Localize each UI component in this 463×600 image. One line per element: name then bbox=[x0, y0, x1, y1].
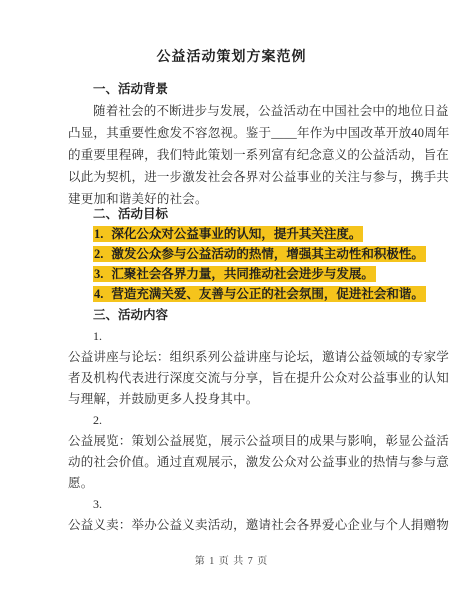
item-paragraph-line: 公益义卖：举办公益义卖活动，邀请社会各界爱心企业与个人捐赠物 bbox=[68, 515, 395, 536]
section1-paragraph-line: 随着社会的不断进步与发展，公益活动在中国社会中的地位日益 bbox=[68, 100, 395, 122]
goal-number: 3. bbox=[94, 267, 103, 281]
item-number: 1. bbox=[93, 326, 395, 347]
goal-item: 4.营造充满关爱、友善与公正的社会氛围，促进社会和谐。 bbox=[93, 284, 395, 304]
goal-item: 1.深化公众对公益事业的认知，提升其关注度。 bbox=[93, 224, 395, 244]
highlighted-text: 2.激发公众参与公益活动的热情，增强其主动性和积极性。 bbox=[93, 246, 426, 262]
section2-heading: 二、活动目标 bbox=[68, 204, 395, 224]
page-footer: 第 1 页 共 7 页 bbox=[0, 555, 463, 569]
goal-text: 激发公众参与公益活动的热情，增强其主动性和积极性。 bbox=[111, 247, 424, 261]
item-number: 3. bbox=[93, 494, 395, 515]
goal-number: 4. bbox=[94, 287, 103, 301]
section1-paragraph-line: 以此为契机，进一步激发社会各界对公益事业的关注与参与，携手共 bbox=[68, 166, 395, 188]
item-paragraph-line: 动的社会价值。通过直观展示，激发公众对公益事业的热情与参与意 bbox=[68, 452, 395, 473]
goal-number: 1. bbox=[94, 227, 103, 241]
item-paragraph-line: 公益讲座与论坛：组织系列公益讲座与论坛，邀请公益领域的专家学 bbox=[68, 347, 395, 368]
section3-heading: 三、活动内容 bbox=[68, 304, 395, 326]
goal-number: 2. bbox=[94, 247, 103, 261]
item-paragraph-line: 公益展览：策划公益展览，展示公益项目的成果与影响，彰显公益活 bbox=[68, 431, 395, 452]
document-page: 公益活动策划方案范例 一、活动背景 随着社会的不断进步与发展，公益活动在中国社会… bbox=[0, 0, 463, 600]
goal-text: 汇聚社会各界力量，共同推动社会进步与发展。 bbox=[111, 267, 374, 281]
item-paragraph-line: 与理解，并鼓励更多人投身其中。 bbox=[68, 389, 395, 410]
section1-heading: 一、活动背景 bbox=[68, 78, 395, 100]
goal-text: 深化公众对公益事业的认知，提升其关注度。 bbox=[111, 227, 361, 241]
item-paragraph-line: 愿。 bbox=[68, 473, 395, 494]
highlighted-text: 1.深化公众对公益事业的认知，提升其关注度。 bbox=[93, 226, 363, 242]
goal-text: 营造充满关爱、友善与公正的社会氛围，促进社会和谐。 bbox=[111, 287, 424, 301]
section1-paragraph-line: 凸显，其重要性愈发不容忽视。鉴于____年作为中国改革开放40周年 bbox=[68, 122, 395, 144]
highlighted-text: 3.汇聚社会各界力量，共同推动社会进步与发展。 bbox=[93, 266, 376, 282]
item-number: 2. bbox=[93, 410, 395, 431]
highlighted-text: 4.营造充满关爱、友善与公正的社会氛围，促进社会和谐。 bbox=[93, 286, 426, 302]
goal-item: 3.汇聚社会各界力量，共同推动社会进步与发展。 bbox=[93, 264, 395, 284]
section1-paragraph-line: 的重要里程碑，我们特此策划一系列富有纪念意义的公益活动，旨在 bbox=[68, 144, 395, 166]
goal-item: 2.激发公众参与公益活动的热情，增强其主动性和积极性。 bbox=[93, 244, 395, 264]
document-title: 公益活动策划方案范例 bbox=[68, 48, 395, 68]
item-paragraph-line: 者及机构代表进行深度交流与分享，旨在提升公众对公益事业的认知 bbox=[68, 368, 395, 389]
